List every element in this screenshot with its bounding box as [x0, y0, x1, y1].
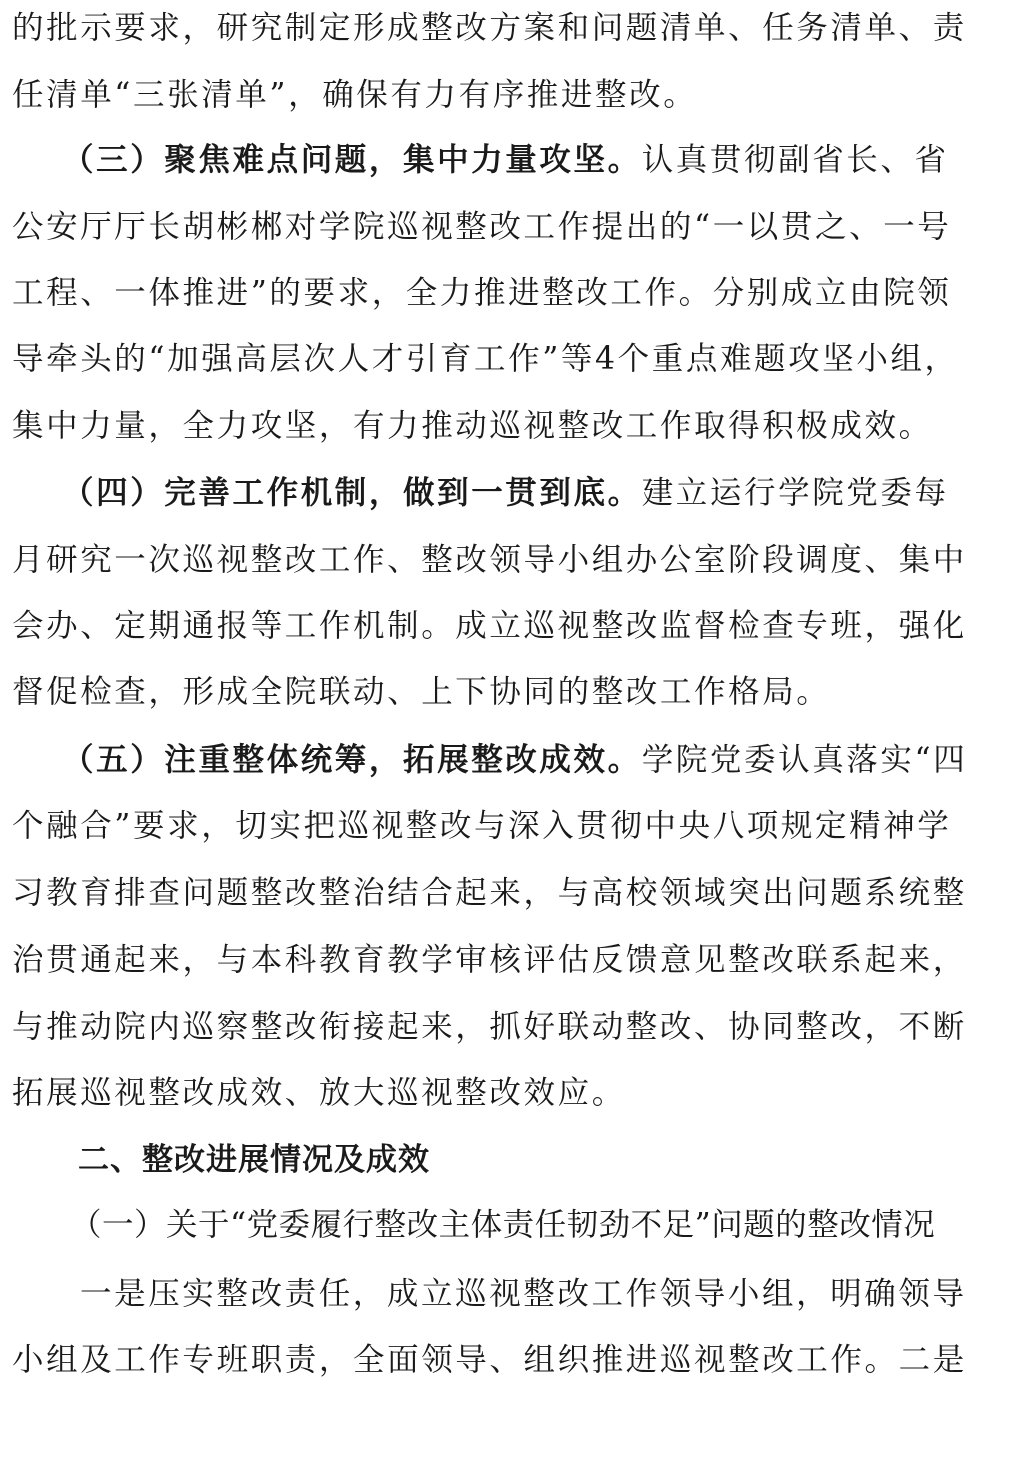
paragraph-line: 拓展巡视整改成效、放大巡视整改效应。	[12, 1071, 1012, 1115]
paragraph-lead-heading: （三）聚焦难点问题，集中力量攻坚。	[62, 141, 642, 178]
paragraph-line: 工程、一体推进”的要求，全力推进整改工作。分别成立由院领	[12, 271, 1012, 315]
paragraph-line: 导牵头的“加强高层次人才引育工作”等4个重点难题攻坚小组，	[12, 337, 1012, 381]
paragraph-line: 小组及工作专班职责，全面领导、组织推进巡视整改工作。二是	[12, 1338, 1012, 1382]
paragraph-line: 月研究一次巡视整改工作、整改领导小组办公室阶段调度、集中	[12, 538, 1012, 582]
paragraph-line-with-lead: （三）聚焦难点问题，集中力量攻坚。认真贯彻副省长、省	[62, 138, 1024, 182]
paragraph-line: 的批示要求，研究制定形成整改方案和问题清单、任务清单、责	[12, 6, 1012, 50]
section-heading: 二、整改进展情况及成效	[78, 1138, 1024, 1182]
paragraph-line: 个融合”要求，切实把巡视整改与深入贯彻中央八项规定精神学	[12, 804, 1012, 848]
paragraph-line-with-lead: （五）注重整体统筹，拓展整改成效。学院党委认真落实“四	[62, 738, 1024, 782]
paragraph-text: 认真贯彻副省长、省	[642, 142, 949, 178]
subsection-heading: （一）关于“党委履行整改主体责任韧劲不足”问题的整改情况	[70, 1203, 1024, 1247]
paragraph-line: 公安厅厅长胡彬郴对学院巡视整改工作提出的“一以贯之、一号	[12, 205, 1012, 249]
paragraph-line: 一是压实整改责任，成立巡视整改工作领导小组，明确领导	[80, 1272, 1024, 1316]
paragraph-text: 学院党委认真落实“四	[642, 742, 968, 778]
document-page: 的批示要求，研究制定形成整改方案和问题清单、任务清单、责 任清单“三张清单”，确…	[0, 0, 1024, 1475]
paragraph-line: 会办、定期通报等工作机制。成立巡视整改监督检查专班，强化	[12, 604, 1012, 648]
paragraph-line: 习教育排查问题整改整治结合起来，与高校领域突出问题系统整	[12, 871, 1012, 915]
paragraph-line-with-lead: （四）完善工作机制，做到一贯到底。建立运行学院党委每	[62, 471, 1024, 515]
paragraph-line: 与推动院内巡察整改衔接起来，抓好联动整改、协同整改，不断	[12, 1005, 1012, 1049]
paragraph-line: 治贯通起来，与本科教育教学审核评估反馈意见整改联系起来，	[12, 938, 1012, 982]
paragraph-line: 督促检查，形成全院联动、上下协同的整改工作格局。	[12, 670, 1012, 714]
paragraph-text: 建立运行学院党委每	[642, 475, 949, 511]
paragraph-lead-heading: （五）注重整体统筹，拓展整改成效。	[62, 741, 642, 778]
paragraph-line: 任清单“三张清单”，确保有力有序推进整改。	[12, 73, 1012, 117]
paragraph-line: 集中力量，全力攻坚，有力推动巡视整改工作取得积极成效。	[12, 404, 1012, 448]
paragraph-lead-heading: （四）完善工作机制，做到一贯到底。	[62, 474, 642, 511]
